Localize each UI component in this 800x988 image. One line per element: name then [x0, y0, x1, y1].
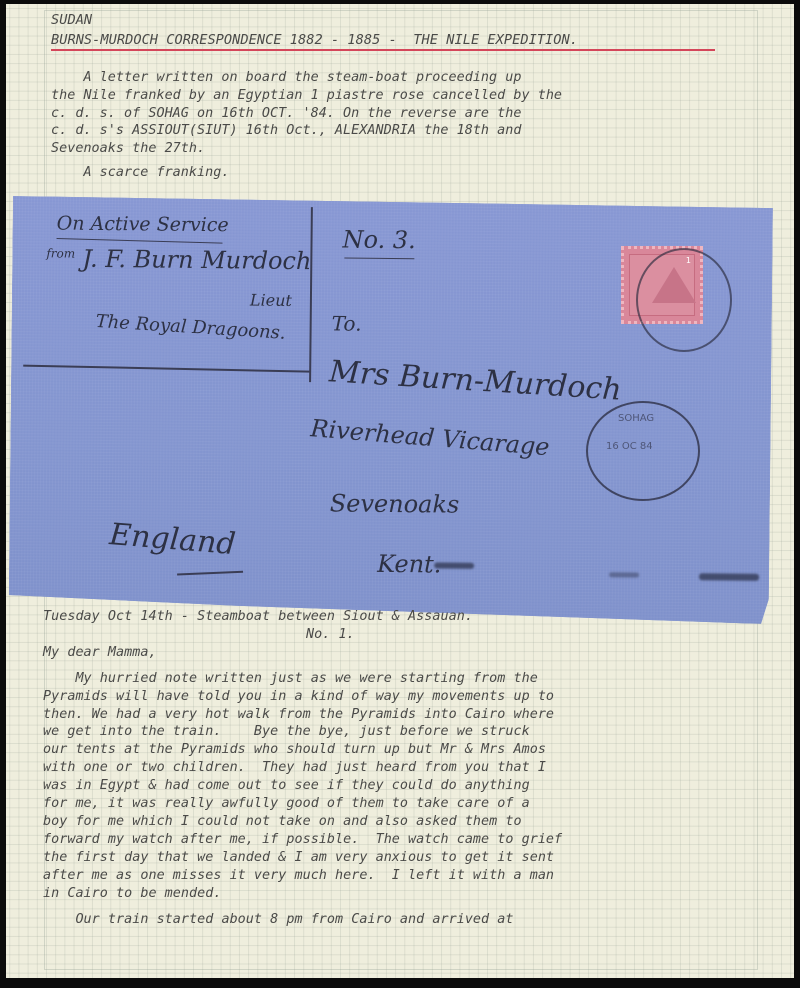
service-underline — [57, 238, 223, 244]
letter-number: No. 1. — [306, 626, 355, 643]
recipient-name: Mrs Burn-Murdoch — [328, 354, 623, 407]
postmark-town: SOHAG — [618, 413, 654, 424]
ink-smudge — [609, 572, 639, 577]
country-underline — [177, 571, 243, 575]
ink-smudge — [699, 573, 759, 581]
sender-name: J. F. Burn Murdoch — [82, 245, 311, 275]
address-line-2: Sevenoaks — [330, 489, 460, 518]
letter-line: was in Egypt & had come out to see if th… — [43, 777, 530, 794]
letter-line: our tents at the Pyramids who should tur… — [43, 741, 546, 758]
stamp-cancel-postmark — [636, 248, 732, 352]
letter-line: Our train started about 8 pm from Cairo … — [43, 911, 514, 928]
description-line: Sevenoaks the 27th. — [51, 140, 205, 157]
description-line: the Nile franked by an Egyptian 1 piastr… — [51, 87, 562, 104]
letter-line: My hurried note written just as we were … — [43, 670, 538, 687]
description-line: A letter written on board the steam-boat… — [51, 69, 522, 86]
address-line-1: Riverhead Vicarage — [309, 414, 550, 461]
description-line: c. d. s. of SOHAG on 16th OCT. '84. On t… — [51, 105, 522, 122]
sender-rank: Lieut — [250, 290, 292, 309]
letter-line: then. We had a very hot walk from the Py… — [43, 706, 554, 723]
letter-line: we get into the train. Bye the bye, just… — [43, 723, 530, 740]
number-underline — [344, 257, 414, 259]
title-underline — [51, 49, 715, 51]
sender-regiment: The Royal Dragoons. — [95, 311, 286, 344]
letter-line: forward my watch after me, if possible. … — [43, 831, 562, 848]
letter-line: Pyramids will have told you in a kind of… — [43, 688, 554, 705]
country-heading: SUDAN — [51, 12, 92, 29]
from-label: from — [46, 246, 75, 260]
letter-line: the first day that we landed & I am very… — [43, 849, 554, 866]
ink-smudge — [434, 562, 474, 568]
letter-line: boy for me which I could not take on and… — [43, 813, 522, 830]
letter-line: in Cairo to be mended. — [43, 885, 221, 902]
letter-salutation: My dear Mamma, — [43, 644, 157, 661]
destination-country: England — [108, 517, 237, 562]
letter-heading: Tuesday Oct 14th - Steamboat between Sio… — [43, 608, 473, 625]
sender-box-right-border — [309, 207, 312, 382]
address-line-3: Kent. — [377, 550, 442, 579]
postmark-date: 16 OC 84 — [606, 441, 653, 452]
on-active-service-text: On Active Service — [57, 212, 229, 236]
letter-line: for me, it was really awfully good of th… — [43, 795, 530, 812]
description-note: A scarce franking. — [51, 164, 229, 181]
to-label: To. — [332, 311, 362, 335]
description-line: c. d. s's ASSIOUT(SIUT) 16th Oct., ALEXA… — [51, 122, 522, 139]
sender-box-bottom-border — [23, 365, 310, 373]
sohag-postmark: SOHAG 16 OC 84 — [586, 401, 700, 501]
letter-line: after me as one misses it very much here… — [43, 867, 554, 884]
letter-line: with one or two children. They had just … — [43, 759, 546, 776]
envelope-number: No. 3. — [342, 225, 415, 254]
page-title: BURNS-MURDOCH CORRESPONDENCE 1882 - 1885… — [51, 32, 578, 49]
